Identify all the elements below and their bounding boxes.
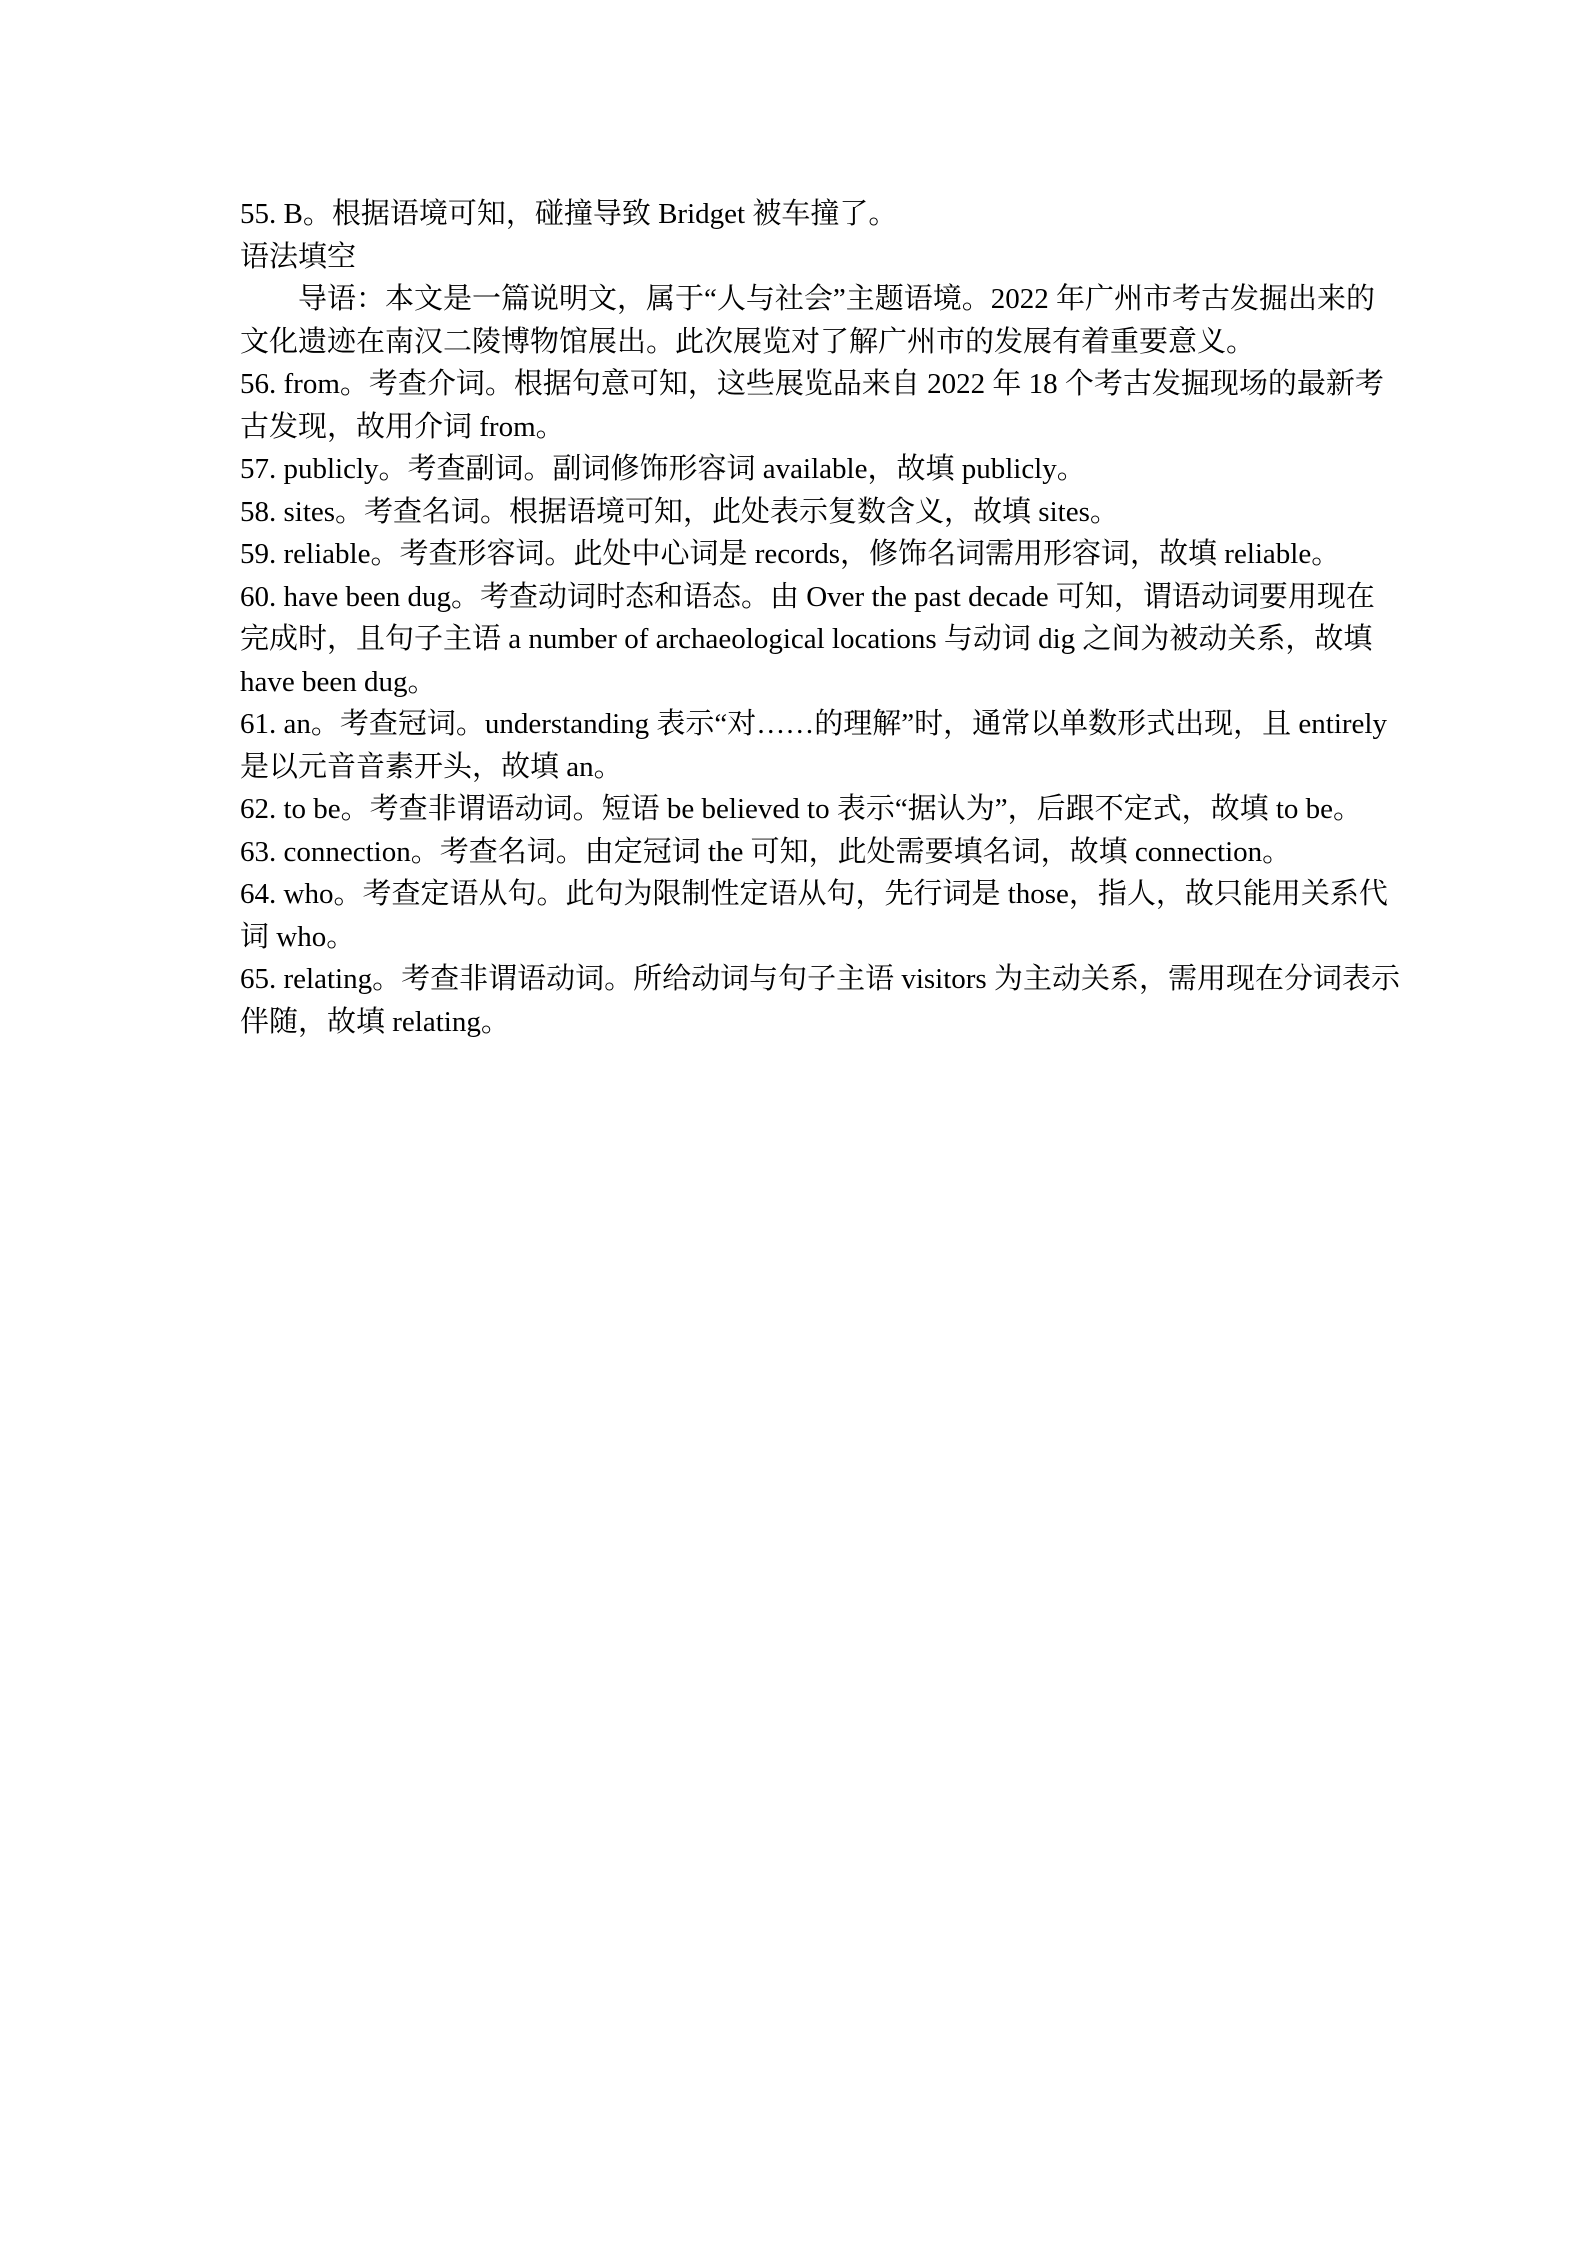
document-text-block: 55. B。根据语境可知，碰撞导致 Bridget 被车撞了。 语法填空 导语：… (240, 193, 1352, 1043)
text-line-62-answer: 62. to be。考查非谓语动词。短语 be believed to 表示“据… (240, 788, 1352, 831)
text-line-55-answer: 55. B。根据语境可知，碰撞导致 Bridget 被车撞了。 (240, 193, 1352, 236)
text-line-61-answer-2: 是以元音音素开头，故填 an。 (240, 746, 1352, 789)
text-line-64-answer-1: 64. who。考查定语从句。此句为限制性定语从句，先行词是 those，指人，… (240, 873, 1352, 916)
text-line-60-answer-3: have been dug。 (240, 661, 1352, 704)
text-line-65-answer-1: 65. relating。考查非谓语动词。所给动词与句子主语 visitors … (240, 958, 1352, 1001)
text-line-58-answer: 58. sites。考查名词。根据语境可知，此处表示复数含义，故填 sites。 (240, 491, 1352, 534)
text-line-56-answer-1: 56. from。考查介词。根据句意可知，这些展览品来自 2022 年 18 个… (240, 363, 1352, 406)
text-line-64-answer-2: 词 who。 (240, 916, 1352, 959)
text-line-59-answer: 59. reliable。考查形容词。此处中心词是 records，修饰名词需用… (240, 533, 1352, 576)
text-line-60-answer-1: 60. have been dug。考查动词时态和语态。由 Over the p… (240, 576, 1352, 619)
text-line-intro-2: 文化遗迹在南汉二陵博物馆展出。此次展览对了解广州市的发展有着重要意义。 (240, 321, 1352, 364)
text-line-60-answer-2: 完成时，且句子主语 a number of archaeological loc… (240, 618, 1352, 661)
section-heading: 语法填空 (240, 236, 1352, 279)
document-page: 55. B。根据语境可知，碰撞导致 Bridget 被车撞了。 语法填空 导语：… (0, 0, 1587, 2245)
text-line-intro-1: 导语：本文是一篇说明文，属于“人与社会”主题语境。2022 年广州市考古发掘出来… (240, 278, 1352, 321)
text-line-63-answer: 63. connection。考查名词。由定冠词 the 可知，此处需要填名词，… (240, 831, 1352, 874)
text-line-56-answer-2: 古发现，故用介词 from。 (240, 406, 1352, 449)
text-line-65-answer-2: 伴随，故填 relating。 (240, 1001, 1352, 1044)
text-line-57-answer: 57. publicly。考查副词。副词修饰形容词 available，故填 p… (240, 448, 1352, 491)
text-line-61-answer-1: 61. an。考查冠词。understanding 表示“对……的理解”时，通常… (240, 703, 1352, 746)
